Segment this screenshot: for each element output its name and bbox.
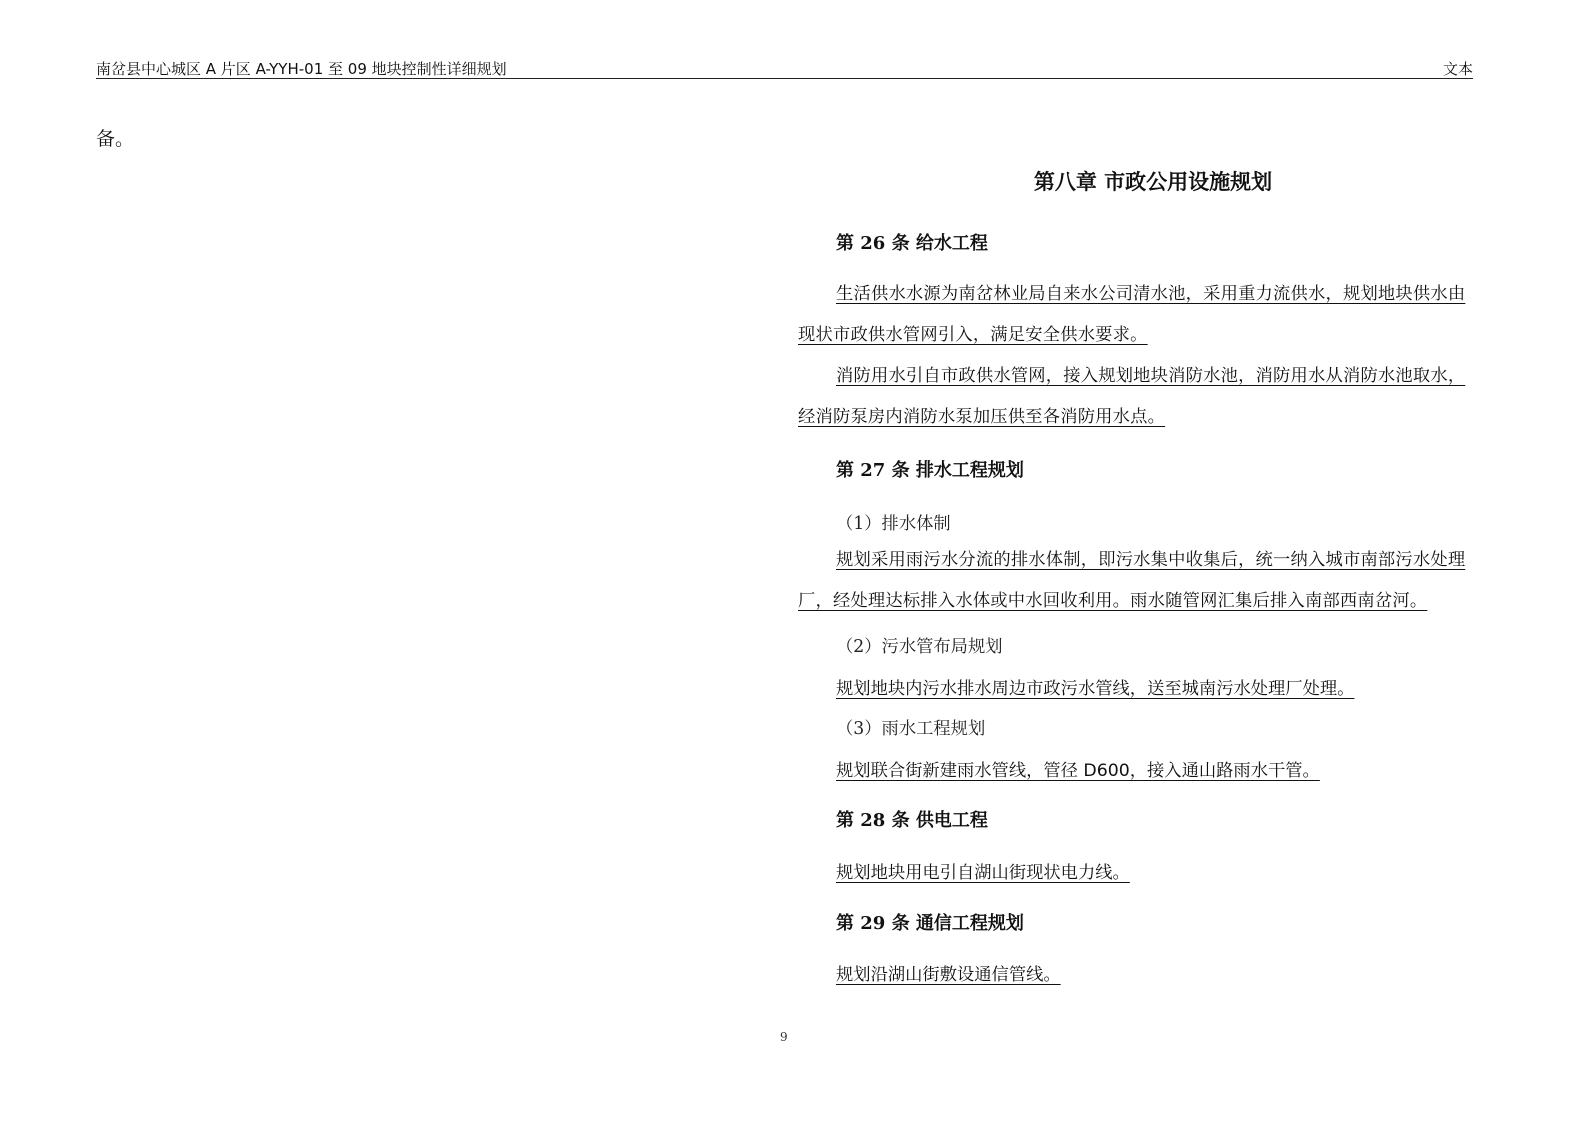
article-26-heading: 第 26 条 给水工程	[836, 229, 988, 255]
header-divider	[96, 78, 1473, 79]
article-28-text: 规划地块用电引自湖山街现状电力线。	[836, 863, 1130, 883]
subsection-2-paragraph: 规划地块内污水排水周边市政污水管线，送至城南污水处理厂处理。	[836, 674, 1354, 699]
left-column-continuation: 备。	[96, 124, 134, 151]
article-26-paragraph-2: 消防用水引自市政供水管网，接入规划地块消防水池，消防用水从消防水池取水，经消防泵…	[798, 356, 1474, 438]
article-29-paragraph: 规划沿湖山街敷设通信管线。	[836, 960, 1061, 985]
article-29-heading: 第 29 条 通信工程规划	[836, 909, 1024, 935]
subsection-1-title: （1）排水体制	[836, 509, 951, 534]
article-28-paragraph: 规划地块用电引自湖山街现状电力线。	[836, 858, 1130, 883]
document-header-title: 南岔县中心城区 A 片区 A-YYH-01 至 09 地块控制性详细规划	[96, 58, 507, 79]
subsection-3-title: （3）雨水工程规划	[836, 714, 985, 739]
article-26-paragraph-1-text: 生活供水水源为南岔林业局自来水公司清水池，采用重力流供水，规划地块供水由现状市政…	[798, 284, 1465, 345]
chapter-title: 第八章 市政公用设施规划	[798, 166, 1508, 196]
article-27-heading: 第 27 条 排水工程规划	[836, 456, 1024, 482]
subsection-1-paragraph: 规划采用雨污水分流的排水体制，即污水集中收集后，统一纳入城市南部污水处理厂，经处…	[798, 540, 1474, 622]
article-29-text: 规划沿湖山街敷设通信管线。	[836, 965, 1061, 985]
document-header-section: 文本	[1443, 58, 1473, 79]
subsection-1-text: 规划采用雨污水分流的排水体制，即污水集中收集后，统一纳入城市南部污水处理厂，经处…	[798, 550, 1465, 611]
article-28-heading: 第 28 条 供电工程	[836, 806, 988, 832]
subsection-2-title: （2）污水管布局规划	[836, 632, 1003, 657]
article-26-paragraph-2-text: 消防用水引自市政供水管网，接入规划地块消防水池，消防用水从消防水池取水，经消防泵…	[798, 366, 1465, 427]
subsection-3-text: 规划联合街新建雨水管线，管径 D600，接入通山路雨水干管。	[836, 761, 1320, 781]
article-26-paragraph-1: 生活供水水源为南岔林业局自来水公司清水池，采用重力流供水，规划地块供水由现状市政…	[798, 274, 1474, 356]
subsection-2-text: 规划地块内污水排水周边市政污水管线，送至城南污水处理厂处理。	[836, 679, 1354, 699]
subsection-3-paragraph: 规划联合街新建雨水管线，管径 D600，接入通山路雨水干管。	[836, 756, 1320, 781]
page-number: 9	[780, 1030, 788, 1044]
